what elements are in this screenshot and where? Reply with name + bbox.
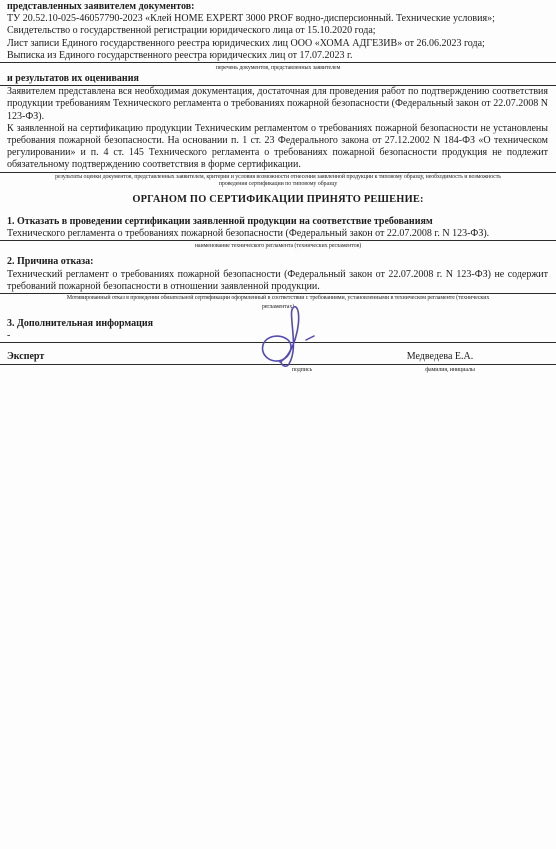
document-list-item: Выписка из Единого государственного реес… bbox=[7, 50, 548, 62]
section2-heading: 2. Причина отказа: bbox=[0, 256, 556, 268]
signature-field-caption: подпись bbox=[252, 367, 352, 374]
submitted-documents-block: представленных заявителем документов: ТУ… bbox=[0, 0, 556, 63]
section-additional-info: 3. Дополнительная информация - bbox=[0, 318, 556, 343]
section3-heading: 3. Дополнительная информация bbox=[0, 318, 556, 330]
expert-role-label: Эксперт bbox=[7, 351, 44, 363]
section1-caption: наименование технического регламента (те… bbox=[0, 243, 556, 250]
documents-list-caption: перечень документов, представленных заяв… bbox=[0, 65, 556, 72]
decision-heading: ОРГАНОМ ПО СЕРТИФИКАЦИИ ПРИНЯТО РЕШЕНИЕ: bbox=[0, 194, 556, 206]
section2-caption-line1: Мотивированный отказ в проведении обязат… bbox=[0, 295, 556, 302]
section2-body: Технический регламент о требованиях пожа… bbox=[0, 269, 556, 294]
signature-block: Эксперт Медведева Е.А. подпись фамилия, … bbox=[0, 343, 556, 389]
document-page: представленных заявителем документов: ТУ… bbox=[0, 0, 556, 849]
section3-body: - bbox=[0, 330, 556, 343]
intro-heading: представленных заявителем документов: bbox=[7, 1, 548, 13]
section2-caption-line2: регламентах) bbox=[0, 304, 556, 311]
evaluation-paragraph-1: Заявителем представлена вся необходимая … bbox=[0, 86, 556, 123]
evaluation-caption-line2: проведения сертификации по типовому обра… bbox=[0, 181, 556, 188]
evaluation-heading: и результатов их оценивания bbox=[0, 73, 556, 86]
evaluation-paragraph-2: К заявленной на сертификацию продукции Т… bbox=[0, 123, 556, 173]
signature-row: Эксперт Медведева Е.А. bbox=[0, 343, 556, 365]
section-refusal-reason: 2. Причина отказа: Технический регламент… bbox=[0, 256, 556, 311]
name-field-caption: фамилия, инициалы bbox=[385, 367, 515, 374]
document-list-item: Свидетельство о государственной регистра… bbox=[7, 25, 548, 37]
section1-heading: 1. Отказать в проведении сертификации за… bbox=[0, 216, 556, 228]
expert-name: Медведева Е.А. bbox=[385, 351, 495, 363]
section-refusal: 1. Отказать в проведении сертификации за… bbox=[0, 216, 556, 250]
section1-body: Технического регламента о требованиях по… bbox=[0, 228, 556, 241]
document-list-item: ТУ 20.52.10-025-46057790-2023 «Клей HOME… bbox=[7, 13, 548, 25]
document-list-item: Лист записи Единого государственного рее… bbox=[7, 38, 548, 50]
